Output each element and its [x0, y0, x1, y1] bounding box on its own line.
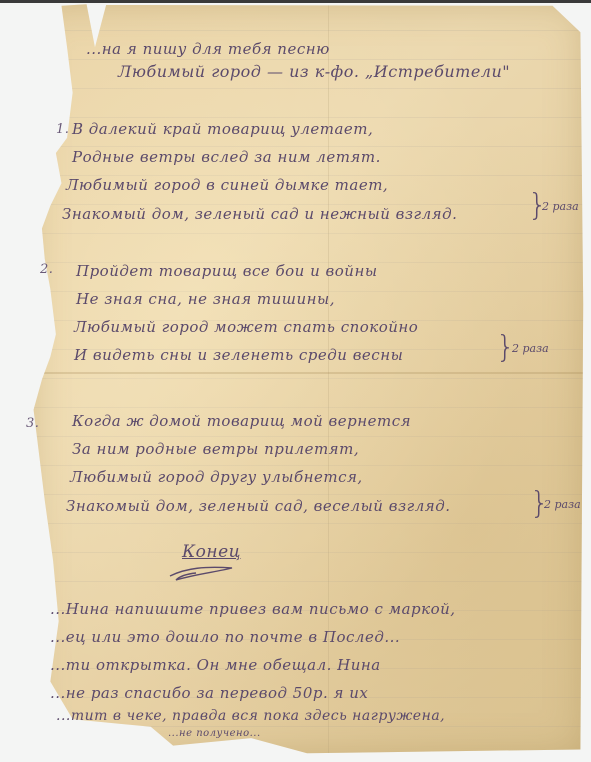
verse-1-line-3: Любимый город в синей дымке тает, — [66, 176, 388, 194]
verse-3-number: 3. — [26, 416, 39, 431]
verse-3-line-1: Когда ж домой товарищ мой вернется — [72, 412, 411, 430]
verse-2-line-4: И видеть сны и зеленеть среди весны — [74, 346, 403, 364]
verse-2-line-2: Не зная сна, не зная тишины, — [76, 290, 335, 308]
verse-1-repeat-note: 2 раза — [542, 200, 579, 213]
verse-1-number: 1. — [56, 122, 69, 137]
letter-line-6: ...не получено... — [168, 728, 261, 739]
letter-line-2: ...ец или это дошло по почте в Послед... — [50, 628, 400, 646]
verse-2-line-1: Пройдет товарищ все бои и войны — [76, 262, 378, 280]
header-line-1: ...на я пишу для тебя песню — [86, 40, 330, 58]
verse-3-line-4: Знакомый дом, зеленый сад, веселый взгля… — [66, 497, 450, 515]
verse-3-line-3: Любимый город другу улыбнется, — [70, 468, 363, 486]
scan-top-border — [0, 0, 591, 3]
verse-1-line-4: Знакомый дом, зеленый сад и нежный взгля… — [62, 205, 457, 223]
ending-word: Конец — [182, 542, 241, 562]
verse-2-line-3: Любимый город может спать спокойно — [74, 318, 418, 336]
verse-3-line-2: За ним родные ветры прилетят, — [72, 440, 359, 458]
verse-2-number: 2. — [40, 262, 53, 277]
verse-3-repeat-note: 2 раза — [544, 498, 581, 511]
letter-line-5: ...тит в чеке, правда вся пока здесь наг… — [56, 708, 445, 724]
ending-flourish — [166, 562, 236, 584]
letter-line-1: ...Нина напишите привез вам письмо с мар… — [50, 600, 456, 618]
paper-fold-horizontal — [28, 372, 586, 374]
verse-1-line-1: В далекий край товарищ улетает, — [72, 120, 373, 138]
verse-2-repeat-note: 2 раза — [512, 342, 549, 355]
verse-1-line-2: Родные ветры вслед за ним летят. — [72, 148, 381, 166]
letter-line-4: ...не раз спасибо за перевод 50р. я их — [50, 684, 368, 702]
song-title: Любимый город — из к-фо. „Истребители" — [118, 62, 510, 81]
letter-line-3: ...ти открытка. Он мне обещал. Нина — [50, 656, 381, 674]
